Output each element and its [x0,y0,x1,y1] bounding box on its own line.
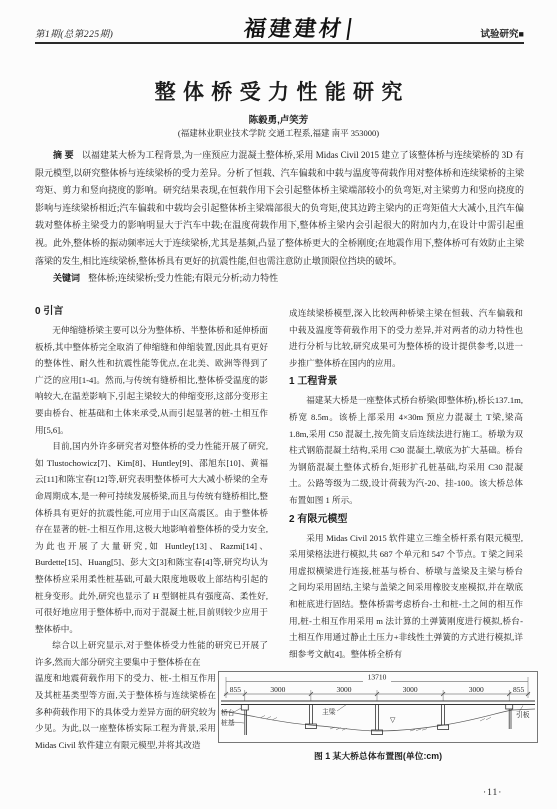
project-background-paragraph: 福建某大桥是一座整体式桥台桥梁(即整体桥),桥长137.1m,桥宽 8.5m。该… [289,392,523,508]
abstract-label: 摘 要 [53,150,74,160]
label-abutment: 桥台 [221,708,235,717]
page-number: ·11· [483,788,502,798]
bridge-deck [221,701,535,705]
dim-total: 13710 [368,673,387,682]
keywords-label: 关键词 [53,273,80,283]
heading-project-background: 1 工程背景 [289,377,523,387]
section-text: 试验研究 [481,29,519,40]
dim-seg-2: 3000 [270,685,285,694]
heading-fe-model: 2 有限元模型 [289,515,523,525]
right-abutment [506,705,513,730]
intro-paragraph-2: 目前,国内外许多研究者对整体桥的受力性能开展了研究,如 Tlustochowic… [35,438,268,637]
journal-page: 第1期(总第225期) 福建建材 试验研究■ 整体桥受力性能研究 陈毅勇,卢笑芳… [0,0,557,809]
heading-introduction: 0 引言 [35,307,268,317]
abstract-block: 摘 要以福建某大桥为工程背景,为一座预应力混凝土整体桥,采用 Midas Civ… [35,147,524,288]
journal-logo: 福建建材 [242,18,351,40]
figure-1: 13710 855 3000 3000 3000 3000 855 [218,671,538,762]
article-affiliation: (福建林业职业技术学院 交通工程系,福建 南平 353000) [0,127,557,139]
label-girder: 主梁 [322,707,337,716]
article-title: 整体桥受力性能研究 [0,76,557,106]
dim-seg-3: 3000 [337,685,352,694]
label-pile: 桩基 [221,718,235,727]
intro-paragraph-1: 无伸缩缝桥梁主要可以分为整体桥、半整体桥和延伸桥面板桥,其中整体桥完全取消了伸缩… [35,322,268,438]
intro-paragraph-3-wide: 综合以上研究显示,对于整体桥受力性能的研究已开展了许多,然而大部分研究主要集中于… [35,637,268,670]
figure-caption: 图 1 某大桥总体布置图(单位:cm) [218,749,538,762]
pier-2 [372,705,383,735]
article-authors: 陈毅勇,卢笑芳 [0,112,557,126]
left-abutment [241,705,248,736]
page-header: 第1期(总第225期) 福建建材 试验研究■ [35,14,524,40]
water-level-icon: ▽ [390,717,396,724]
dim-seg-6: 855 [513,685,525,694]
dim-seg-1: 855 [230,685,242,694]
bridge-elevation-drawing: 13710 855 3000 3000 3000 3000 855 [218,671,538,743]
fe-model-paragraph: 采用 Midas Civil 2015 软件建立三维全桥杆系有限元模型,采用梁格… [289,530,523,663]
abstract-text: 以福建某大桥为工程背景,为一座预应力混凝土整体桥,采用 Midas Civil … [35,150,524,266]
keywords-line: 关键词整体桥;连续梁桥;受力性能;有限元分析;动力特性 [35,270,524,288]
section-label: 试验研究■ [481,26,524,40]
ground-line [221,709,535,731]
intro-continuation: 成连续梁桥模型,深入比较两种桥梁主梁在恒载、汽车偏载和中载及温度等荷载作用下的受… [289,305,523,371]
figure-border [219,672,538,743]
intro-paragraph-3-narrow: 温度和地震荷载作用下的受力、桩-土相互作用及其桩基类型等方面,关于整体桥与连续梁… [35,670,216,753]
dim-seg-5: 3000 [469,685,484,694]
abstract-paragraph: 摘 要以福建某大桥为工程背景,为一座预应力混凝土整体桥,采用 Midas Civ… [35,147,524,270]
keywords-text: 整体桥;连续梁桥;受力性能;有限元分析;动力特性 [88,273,278,283]
label-approach-slab: 引板 [516,710,530,719]
section-square-marker: ■ [519,29,524,39]
header-rule [35,42,524,44]
issue-info: 第1期(总第225期) [35,26,113,40]
dim-seg-4: 3000 [403,685,418,694]
